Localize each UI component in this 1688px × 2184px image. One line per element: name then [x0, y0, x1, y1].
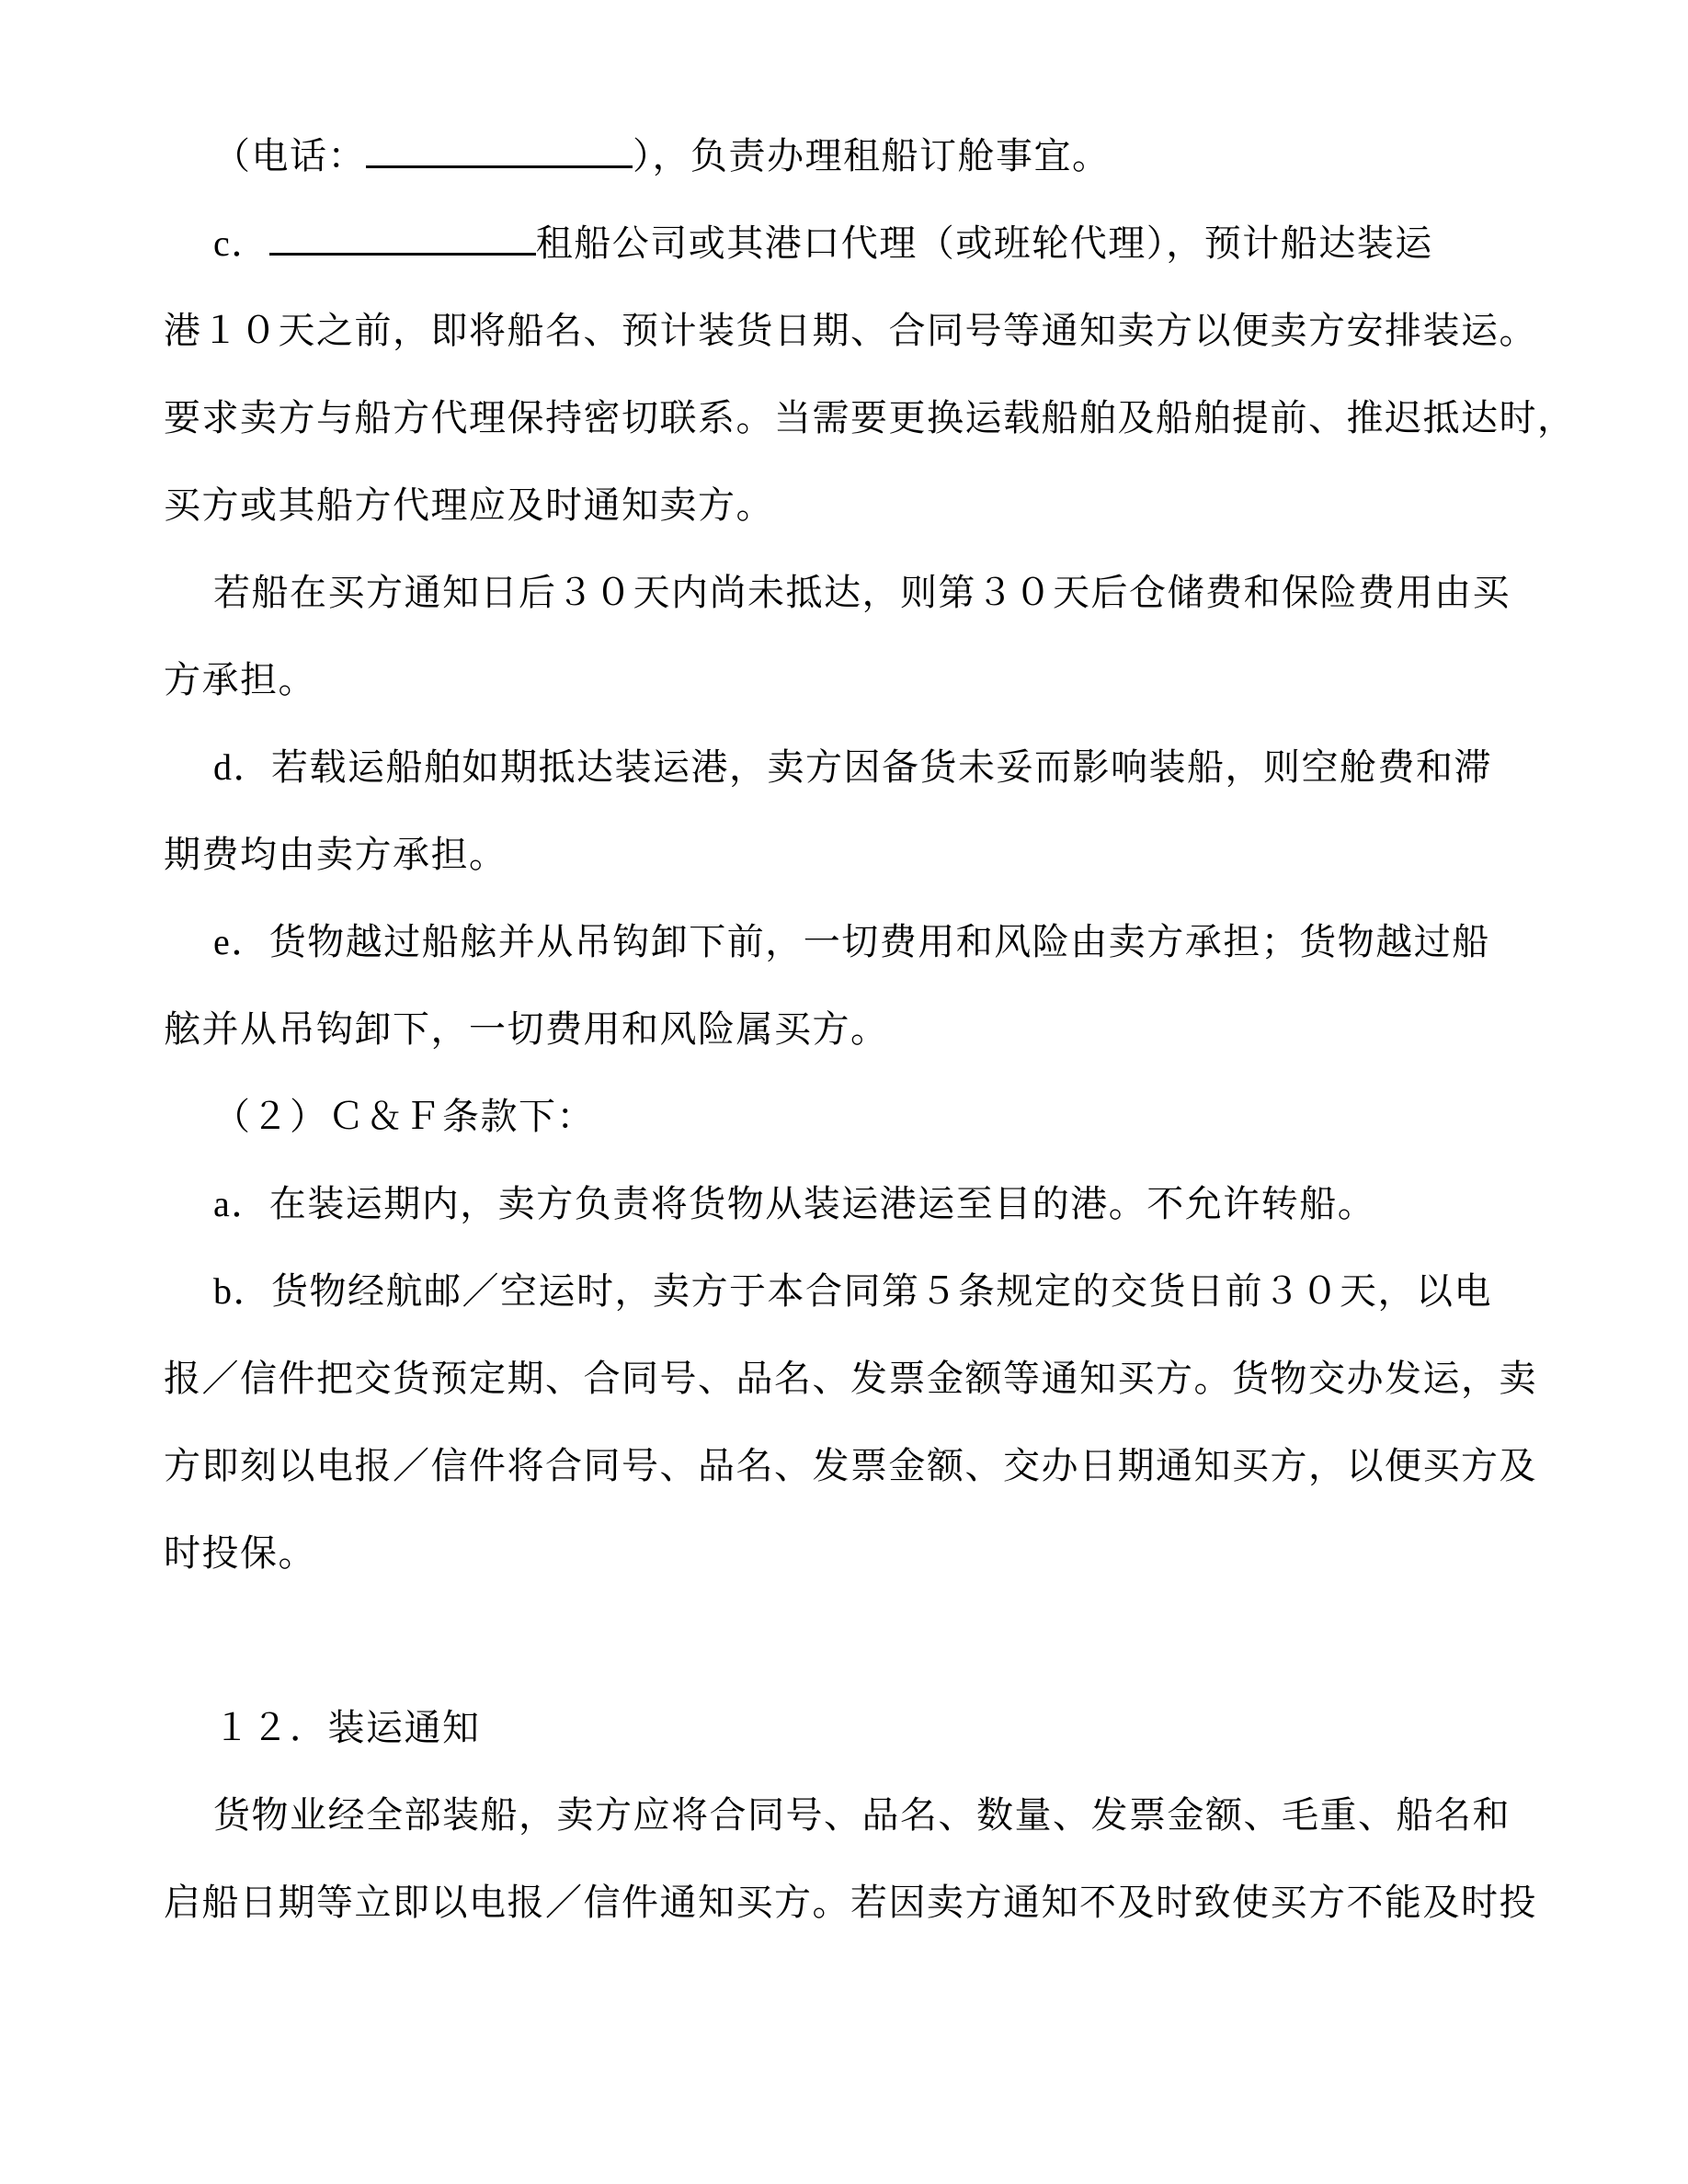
clause-c-marker: c．	[213, 222, 269, 264]
document-body: （电话：），负责办理租船订舱事宜。 c．租船公司或其港口代理（或班轮代理），预计…	[164, 112, 1543, 1946]
clause-e-line-1: e．货物越过船舷并从吊钩卸下前，一切费用和风险由卖方承担；货物越过船	[164, 898, 1543, 985]
cf-terms-heading: （２）Ｃ＆Ｆ条款下：	[164, 1073, 1543, 1160]
shipping-advice-line-1: 货物业经全部装船，卖方应将合同号、品名、数量、发票金额、毛重、船名和	[164, 1771, 1543, 1859]
late-arrival-line-1: 若船在买方通知日后３０天内尚未抵达，则第３０天后仓储费和保险费用由买	[164, 549, 1543, 636]
late-arrival-line-2: 方承担。	[164, 636, 1543, 723]
cf-clause-a-line: a．在装运期内，卖方负责将货物从装运港运至目的港。不允许转船。	[164, 1160, 1543, 1247]
clause-d-line-2: 期费均由卖方承担。	[164, 811, 1543, 898]
cf-clause-b-line-2: 报／信件把交货预定期、合同号、品名、发票金额等通知买方。货物交办发运，卖	[164, 1335, 1543, 1422]
cf-clause-b-line-3: 方即刻以电报／信件将合同号、品名、发票金额、交办日期通知买方，以便买方及	[164, 1422, 1543, 1509]
charter-company-fill-in-blank[interactable]	[269, 216, 536, 256]
section-12-heading: １２．装运通知	[164, 1684, 1543, 1771]
paragraph-phone-line: （电话：），负责办理租船订舱事宜。	[164, 112, 1543, 199]
shipping-advice-line-2: 启船日期等立即以电报／信件通知买方。若因卖方通知不及时致使买方不能及时投	[164, 1859, 1543, 1946]
phone-line-suffix: ），负责办理租船订舱事宜。	[633, 135, 1111, 176]
clause-c-line-4: 买方或其船方代理应及时通知卖方。	[164, 461, 1543, 549]
clause-e-line-2: 舷并从吊钩卸下，一切费用和风险属买方。	[164, 985, 1543, 1073]
phone-fill-in-blank[interactable]	[366, 129, 633, 168]
cf-clause-b-line-4: 时投保。	[164, 1509, 1543, 1597]
phone-label: （电话：	[213, 135, 366, 176]
blank-spacer-line	[164, 1597, 1543, 1684]
clause-c-line-3: 要求卖方与船方代理保持密切联系。当需要更换运载船舶及船舶提前、推迟抵达时，	[164, 374, 1543, 461]
clause-c-line-1: c．租船公司或其港口代理（或班轮代理），预计船达装运	[164, 199, 1543, 287]
clause-c-line-2: 港１０天之前，即将船名、预计装货日期、合同号等通知卖方以便卖方安排装运。	[164, 287, 1543, 374]
document-page: （电话：），负责办理租船订舱事宜。 c．租船公司或其港口代理（或班轮代理），预计…	[0, 0, 1688, 2184]
cf-clause-b-line-1: b．货物经航邮／空运时，卖方于本合同第５条规定的交货日前３０天，以电	[164, 1247, 1543, 1335]
clause-d-line-1: d．若载运船舶如期抵达装运港，卖方因备货未妥而影响装船，则空舱费和滞	[164, 723, 1543, 811]
clause-c-text: 租船公司或其港口代理（或班轮代理），预计船达装运	[536, 222, 1433, 264]
